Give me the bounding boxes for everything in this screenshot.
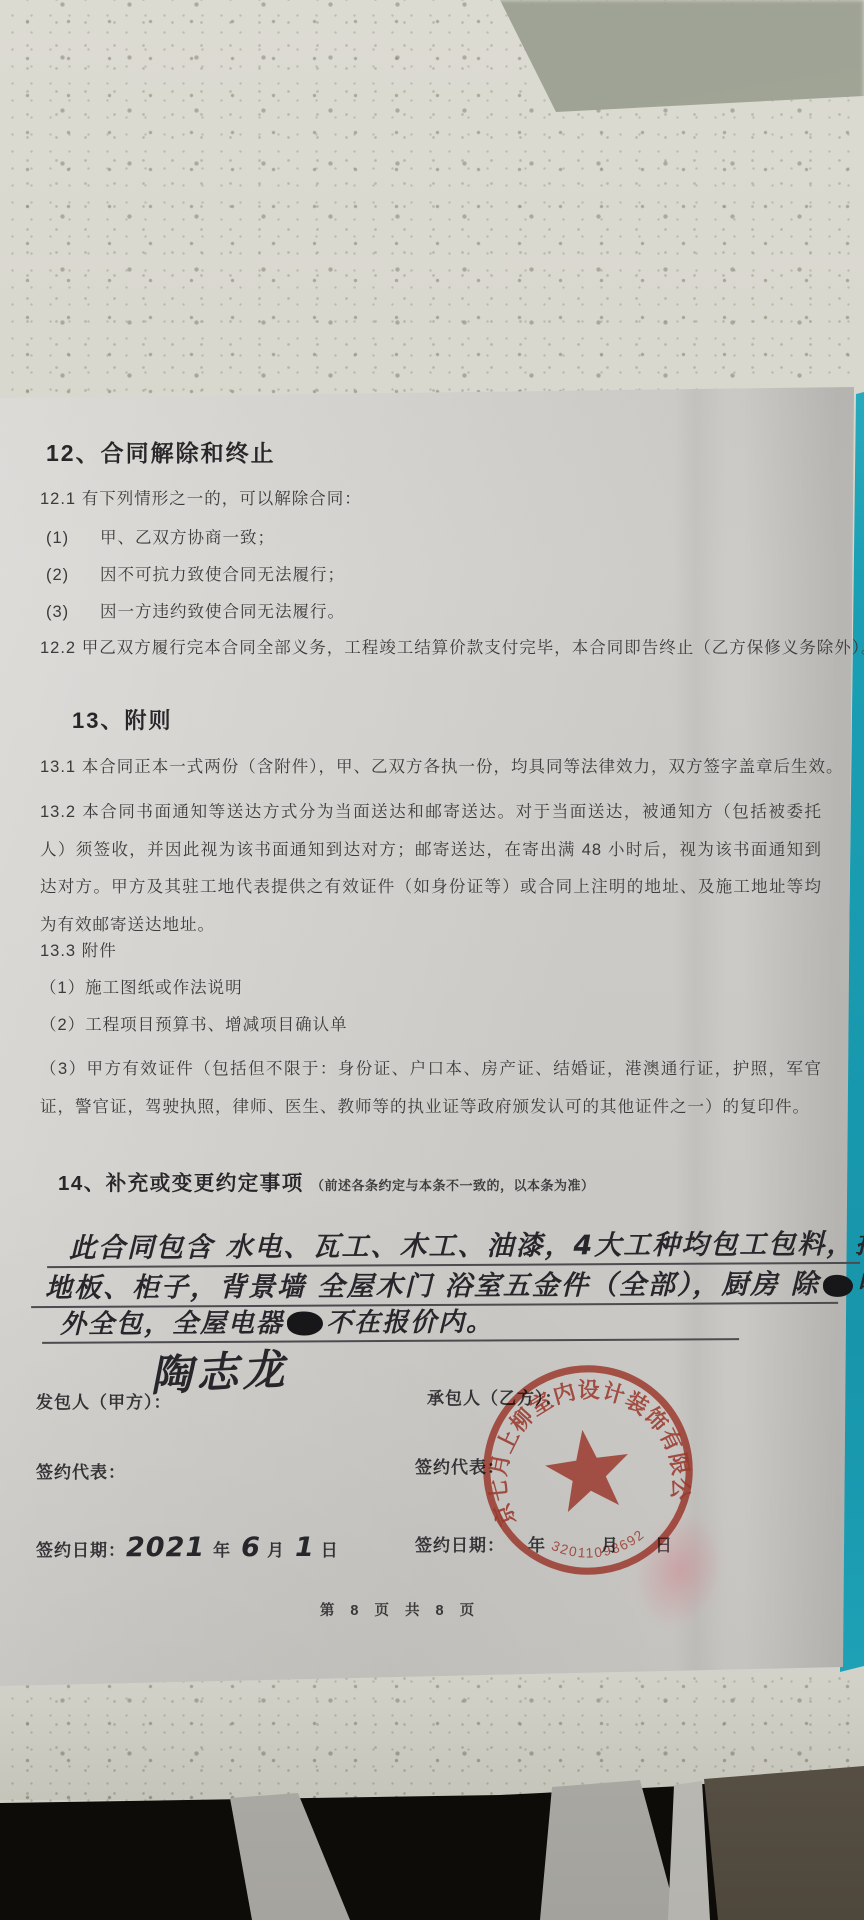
handwriting-text: 地板、柜子，背景墙 全屋木门 浴室五金件（全部），厨房 除 <box>45 1269 820 1304</box>
item-number: (3) <box>46 601 100 623</box>
date-a-year-handwritten: 2021 <box>126 1532 205 1563</box>
year-unit: 年 <box>213 1541 231 1560</box>
party-a-signature: 陶志龙 <box>150 1358 289 1387</box>
clause-13-2: 13.2 本合同书面通知等送达方式分为当面送达和邮寄送达。对于当面送达，被通知方… <box>40 794 822 944</box>
item-text: 甲、乙双方协商一致； <box>100 529 275 547</box>
photo-scene: 12、合同解除和终止 12.1 有下列情形之一的，可以解除合同： (1)甲、乙双… <box>0 0 864 1920</box>
month-unit: 月 <box>267 1541 285 1560</box>
rep-a-label: 签约代表： <box>36 1462 126 1484</box>
handwriting-line-1: 此合同包含 水电、瓦工、木工、油漆，4大工种均包工包料，报价含 <box>47 1222 860 1268</box>
page-footer: 第 8 页 共 8 页 <box>0 1600 800 1622</box>
date-a-month-handwritten: 6 <box>241 1532 261 1563</box>
item-text: 因一方违约致使合同无法履行。 <box>100 603 345 621</box>
handwriting-text: 不在报价内。 <box>326 1307 494 1338</box>
attachment-item-2: （2）工程项目预算书、增减项目确认单 <box>40 1014 348 1036</box>
section-12-title: 12、合同解除和终止 <box>46 438 276 468</box>
attachment-item-1: （1）施工图纸或作法说明 <box>40 977 243 999</box>
clause-13-1: 13.1 本合同正本一式两份（含附件），甲、乙双方各执一份，均具同等法律效力，双… <box>40 756 843 778</box>
section-14-title-note: （前述各条约定与本条不一致的，以本条为准） <box>311 1178 595 1193</box>
item-text: 因不可抗力致使合同无法履行； <box>100 566 345 584</box>
clause-13-3: 13.3 附件 <box>40 940 117 962</box>
ink-scribble <box>287 1311 323 1335</box>
handwriting-line-3: 外全包，全屋电器不在报价内。 <box>42 1300 739 1344</box>
clause-12-1: 12.1 有下列情形之一的，可以解除合同： <box>40 488 362 510</box>
clause-12-1-item-1: (1)甲、乙双方协商一致； <box>46 527 275 549</box>
date-a-label: 签约日期： <box>36 1541 126 1560</box>
clause-12-1-item-2: (2)因不可抗力致使合同无法履行； <box>46 564 345 586</box>
clause-12-2: 12.2 甲乙双方履行完本合同全部义务，工程竣工结算价款支付完毕，本合同即告终止… <box>40 637 864 659</box>
handwriting-text: 此合同包含 水电、瓦工、木工、油漆，4大工种均包工包料，报价含 <box>69 1228 864 1264</box>
item-number: (1) <box>46 527 100 549</box>
handwriting-text: 外全包，全屋电器 <box>60 1309 284 1340</box>
date-a-day-handwritten: 1 <box>295 1532 315 1563</box>
handwriting-text: 电器 <box>856 1268 864 1299</box>
date-a-row: 签约日期：2021年6月1日 <box>36 1537 339 1562</box>
day-unit: 日 <box>321 1541 339 1560</box>
attachment-item-3: （3）甲方有效证件（包括但不限于：身份证、户口本、房产证、结婚证，港澳通行证，护… <box>40 1050 822 1126</box>
clause-12-1-item-3: (3)因一方违约致使合同无法履行。 <box>46 601 345 623</box>
stamp-star-icon <box>541 1424 635 1514</box>
ink-scribble <box>823 1275 853 1297</box>
section-13-title: 13、附则 <box>72 706 172 736</box>
company-stamp: 南京七月上柳室内设计装饰有限公司 32011098692 <box>464 1346 712 1594</box>
section-14-title-text: 14、补充或变更约定事项 <box>58 1172 304 1195</box>
item-number: (2) <box>46 564 100 586</box>
section-14-title: 14、补充或变更约定事项 （前述各条约定与本条不一致的，以本条为准） <box>58 1170 595 1200</box>
